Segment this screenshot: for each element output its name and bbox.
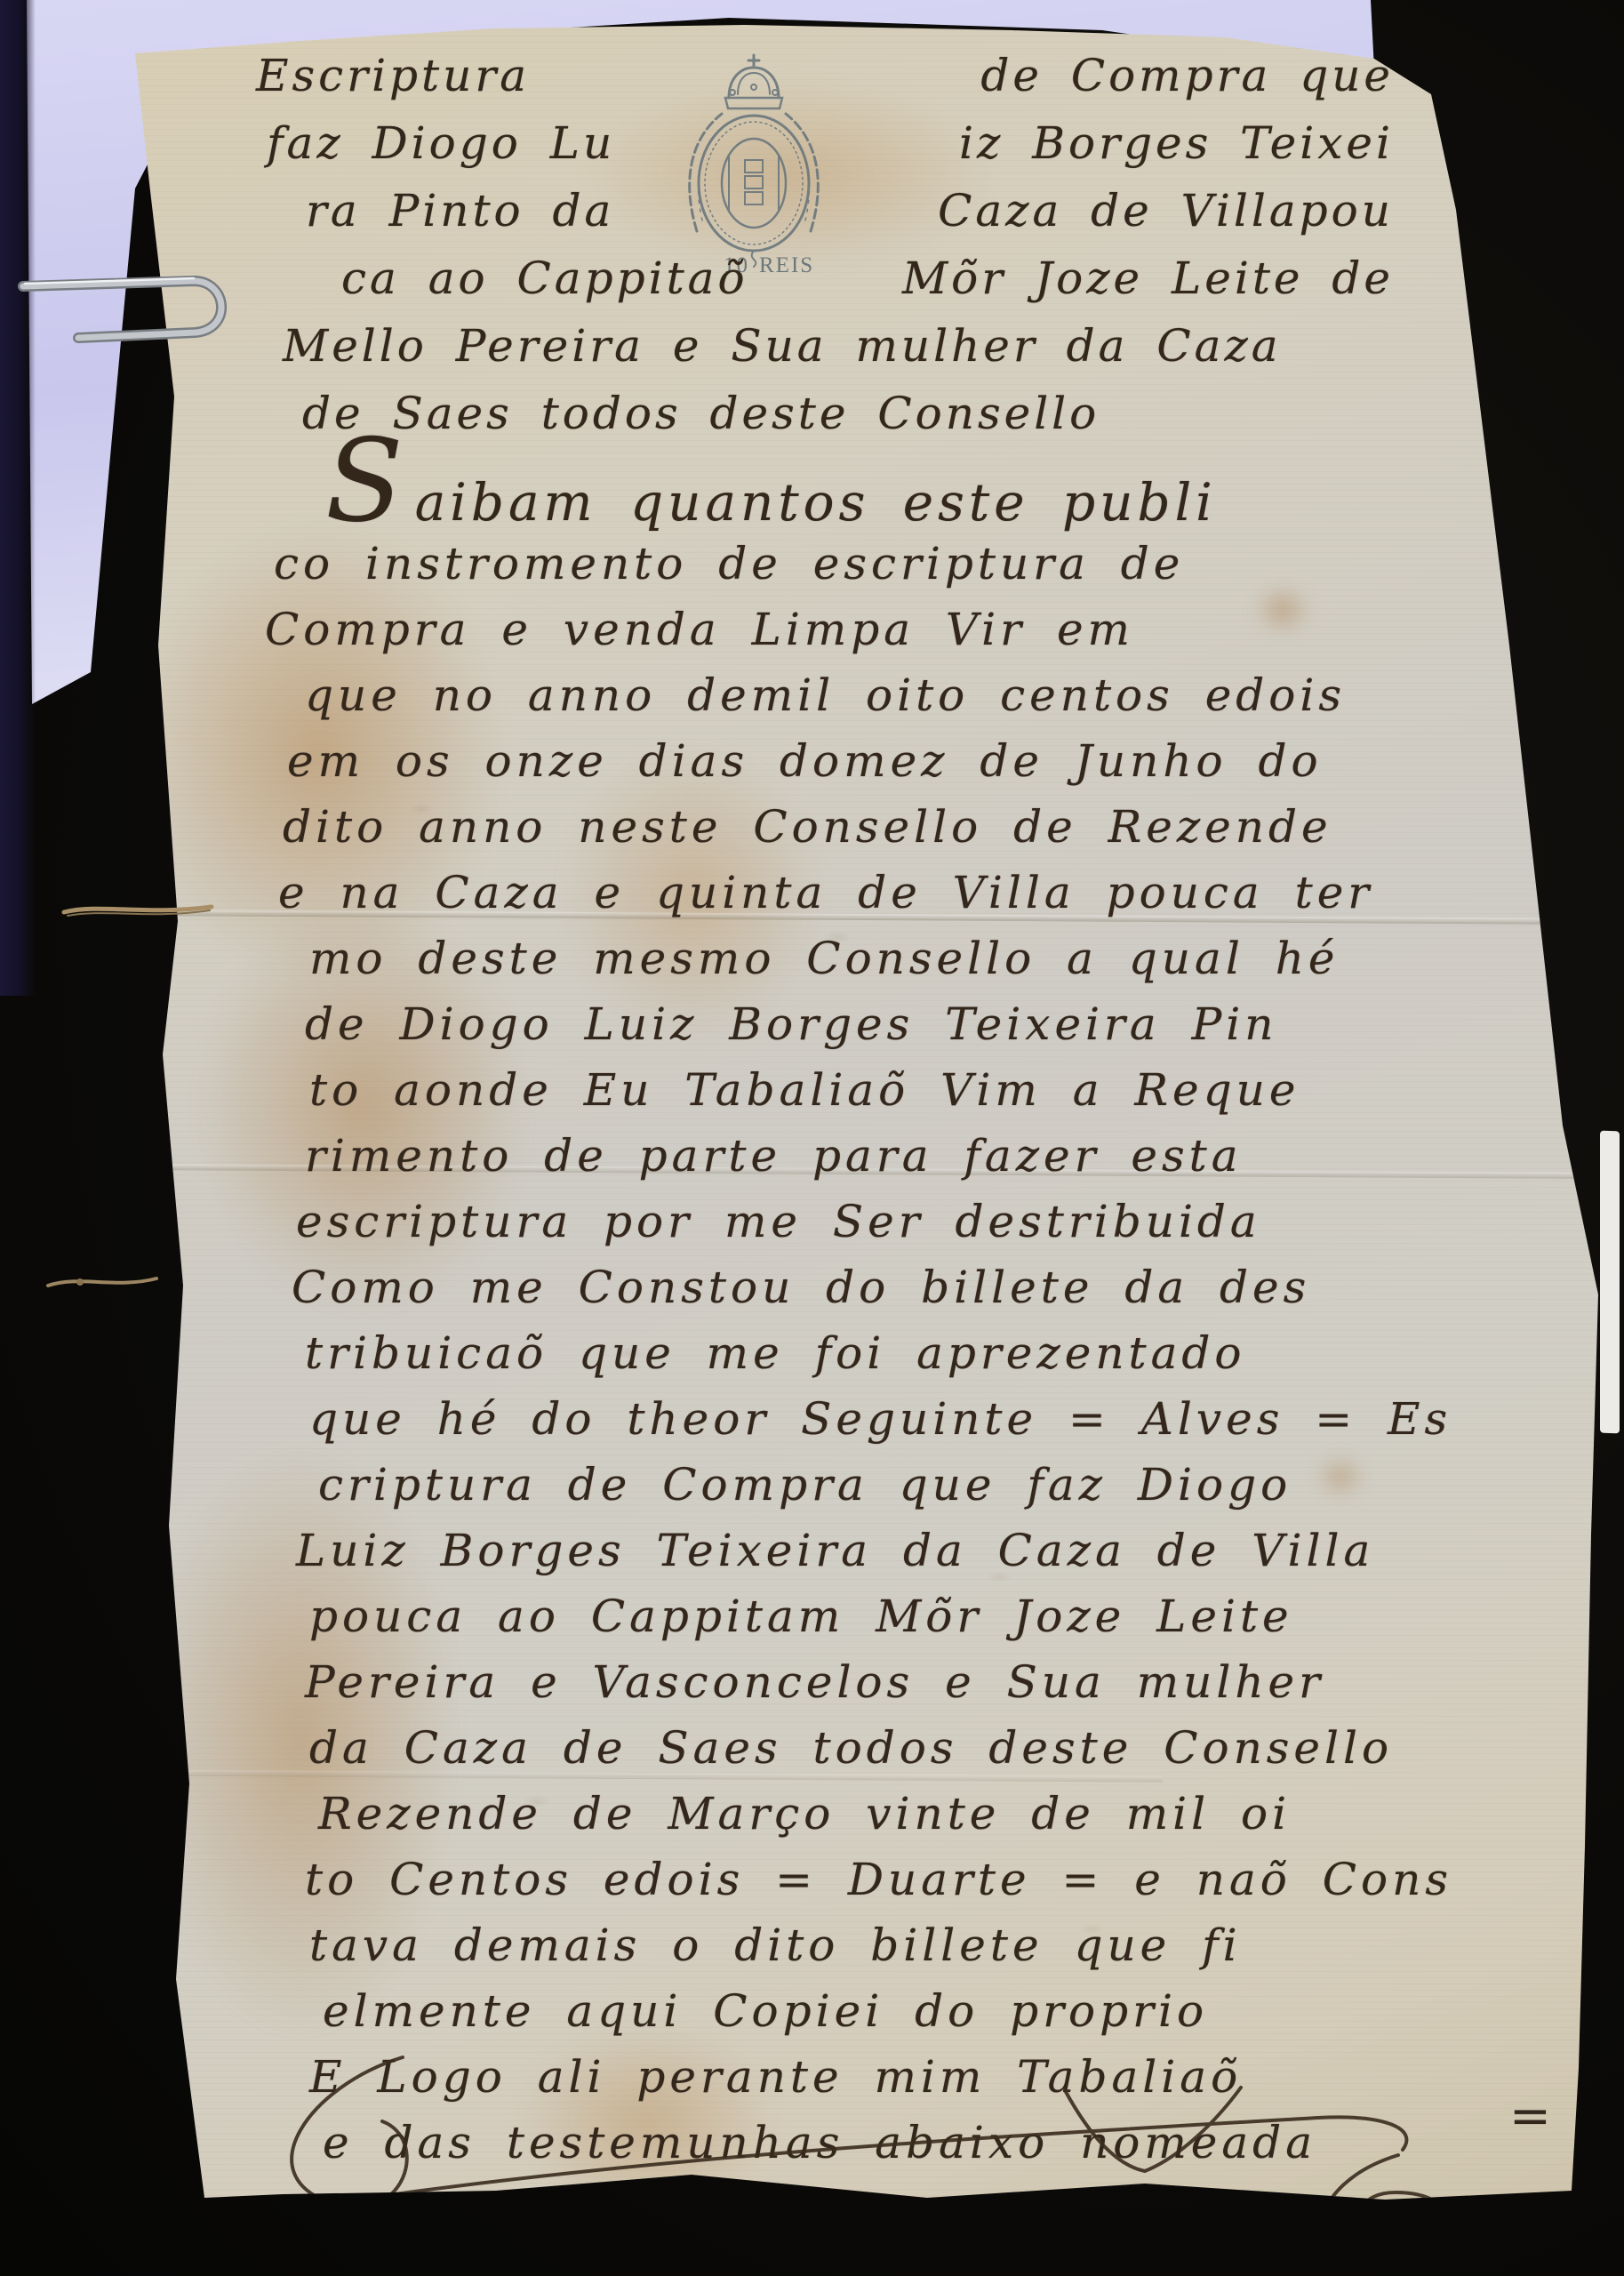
header-line: de Saes todos deste Consello [256,388,1394,455]
book-spine [0,0,36,996]
manuscript-line: que no anno demil oito centos edois [256,669,1536,735]
header-line: Mello Pereira e Sua mulher da Caza [256,320,1394,388]
header-text: de Compra que [980,50,1394,117]
manuscript-line: E Logo ali perante mim Tabaliaõ [256,2051,1536,2117]
manuscript-line: de Diogo Luiz Borges Teixeira Pin [256,998,1536,1064]
manuscript-line: escriptura por me Ser destribuida [256,1196,1536,1262]
header-line: faz Diogo Lu iz Borges Teixei [256,117,1394,185]
manuscript-line: em os onze dias domez de Junho do [256,735,1536,801]
header-line: ra Pinto da Caza de Villapou [256,185,1394,252]
header-text: Escriptura [256,50,530,117]
manuscript-body: Saibam quantos este publi co instromento… [256,472,1536,2183]
manuscript-line: Pereira e Vasconcelos e Sua mulher [256,1656,1536,1722]
manuscript-line: que hé do theor Seguinte = Alves = Es [256,1393,1536,1459]
manuscript-line: elmente aqui Copiei do proprio [256,1985,1536,2051]
manuscript-line: tribuicaõ que me foi aprezentado [256,1327,1536,1393]
manuscript-line: Luiz Borges Teixeira da Caza de Villa [256,1525,1536,1591]
binding-thread [44,1266,160,1296]
manuscript-line: Como me Constou do billete da des [256,1262,1536,1327]
manuscript-line: to aonde Eu Tabaliaõ Vim a Reque [256,1064,1536,1130]
header-text: ca ao Cappitaõ [341,252,748,320]
header-text: Caza de Villapou [938,185,1394,252]
header-line: Escriptura de Compra que [256,50,1394,117]
manuscript-line: co instromento de escriptura de [256,538,1536,604]
manuscript-line: e na Caza e quinta de Villa pouca ter [256,867,1536,933]
manuscript-line: criptura de Compra que faz Diogo [256,1459,1536,1525]
manuscript-page: 10 REIS Escriptura de Compra que faz Dio… [123,23,1609,2221]
manuscript-line: Rezende de Março vinte de mil oi [256,1788,1536,1854]
manuscript-line: pouca ao Cappitam Mõr Joze Leite [256,1591,1536,1656]
paper-sliver [1600,1131,1620,1434]
header-text: iz Borges Teixei [959,117,1394,185]
manuscript-line: rimento de parte para fazer esta [256,1130,1536,1196]
binding-thread [60,898,216,921]
manuscript-line: dito anno neste Consello de Rezende [256,801,1536,867]
header-text: ra Pinto da [306,185,614,252]
manuscript-line: Compra e venda Limpa Vir em [256,604,1536,669]
manuscript-line: Saibam quantos este publi [256,472,1536,538]
manuscript-line: to Centos edois = Duarte = e naõ Cons [256,1854,1536,1919]
photo-backdrop: 10 REIS Escriptura de Compra que faz Dio… [0,0,1624,2276]
manuscript-line: e das testemunhas abaixo nomeada [256,2117,1536,2183]
header-line: ca ao Cappitaõ Mõr Joze Leite de [256,252,1394,320]
paper-clip [16,258,247,347]
manuscript-line: tava demais o dito billete que fi [256,1919,1536,1985]
header-block: Escriptura de Compra que faz Diogo Lu iz… [256,50,1394,455]
header-text: faz Diogo Lu [267,117,615,185]
header-text: Mõr Joze Leite de [902,252,1394,320]
manuscript-line: da Caza de Saes todos deste Consello [256,1722,1536,1788]
end-mark: = [1509,2088,1551,2145]
manuscript-line: mo deste mesmo Consello a qual hé [256,933,1536,998]
